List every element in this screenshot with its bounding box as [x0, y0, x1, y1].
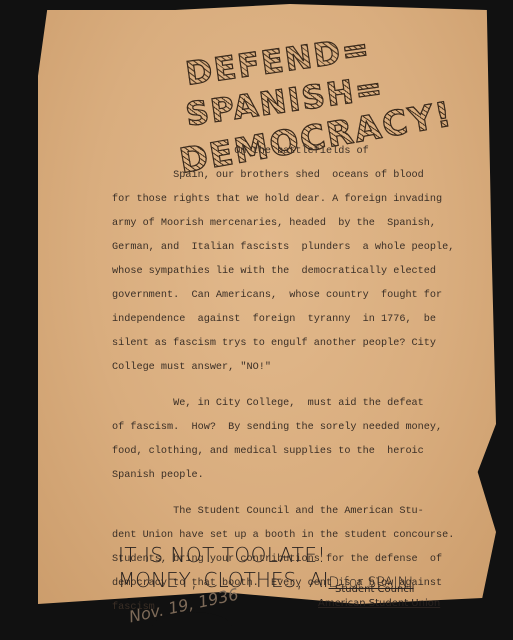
- text-line: The Student Council and the American Stu…: [112, 500, 432, 524]
- text-line: German, and Italian fascists plunders a …: [112, 236, 432, 260]
- text-line: silent as fascism trys to engulf another…: [112, 332, 432, 356]
- text-line: government. Can Americans, whose country…: [112, 284, 432, 308]
- paragraph-2: We, in City College, must aid the defeat…: [112, 392, 432, 488]
- handwritten-line-1: IT IS NOT TOOLATE!: [118, 543, 326, 567]
- text-line: Spain, our brothers shed oceans of blood: [112, 164, 432, 188]
- signature-american-student-union: American Student Union: [318, 598, 440, 609]
- paragraph-1: On the battlefields of Spain, our brothe…: [112, 140, 432, 380]
- text-line: whose sympathies lie with the democratic…: [112, 260, 432, 284]
- text-line: for those rights that we hold dear. A fo…: [112, 188, 432, 212]
- text-line: College must answer, "NO!": [112, 356, 432, 380]
- text-line: On the battlefields of: [112, 140, 432, 164]
- text-line: Spanish people.: [112, 464, 432, 488]
- text-line: of fascism. How? By sending the sorely n…: [112, 416, 432, 440]
- text-line: independence against foreign tyranny in …: [112, 308, 432, 332]
- text-line: food, clothing, and medical supplies to …: [112, 440, 432, 464]
- text-line: army of Moorish mercenaries, headed by t…: [112, 212, 432, 236]
- signature-student-council: Student Council: [335, 584, 414, 595]
- text-line: We, in City College, must aid the defeat: [112, 392, 432, 416]
